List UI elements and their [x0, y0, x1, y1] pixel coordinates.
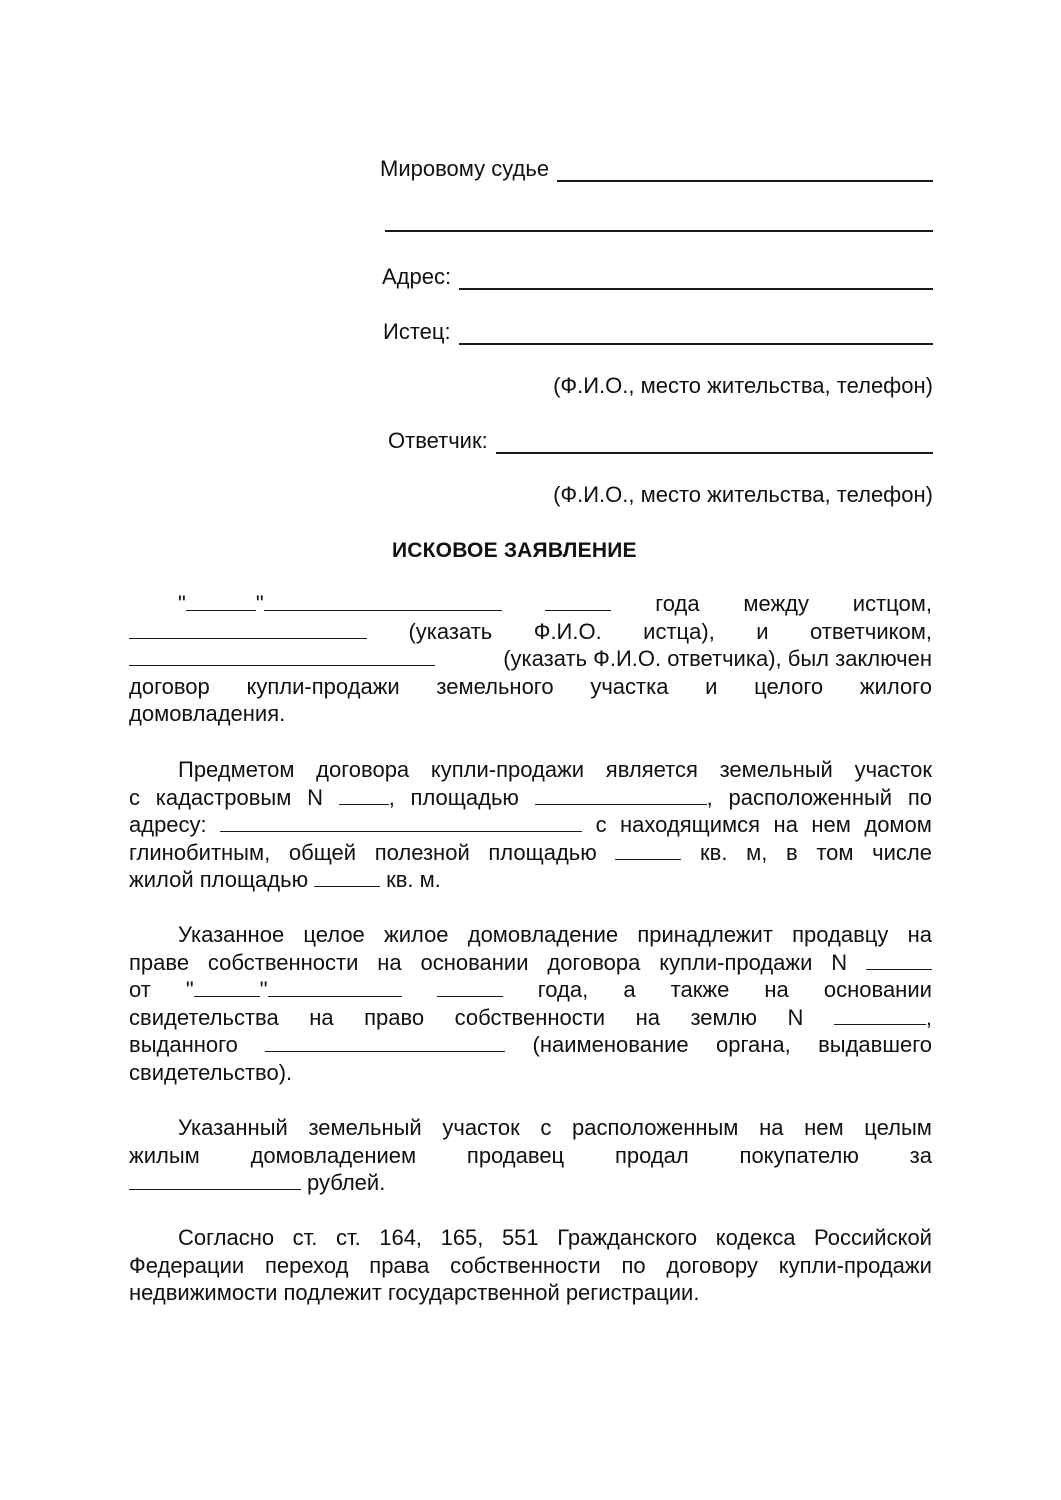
paragraph-sale: Указанныйземельныйучастоксрасположеннымн… — [129, 1114, 932, 1197]
fill-in-blank — [834, 1004, 926, 1025]
document-title: ИСКОВОЕ ЗАЯВЛЕНИЕ — [392, 538, 637, 564]
word: жилого — [860, 673, 932, 701]
paragraph-line: Согласност.ст.164,165,551Гражданскогокод… — [129, 1224, 932, 1252]
word: 164, — [379, 1224, 422, 1252]
fill-in-blank — [866, 949, 932, 970]
paragraph-line: Указанныйземельныйучастоксрасположеннымн… — [129, 1114, 932, 1142]
word: целого — [754, 673, 823, 701]
word: продавец — [467, 1142, 564, 1170]
blank-group: "" — [178, 590, 502, 618]
word: том — [816, 839, 853, 867]
word: права — [369, 1252, 429, 1280]
address-label: Адрес: — [382, 264, 451, 290]
word: за — [910, 1142, 932, 1170]
paragraph-line: (указать Ф.И.О. ответчика), был заключен — [129, 645, 932, 673]
fill-in-blank — [129, 618, 367, 639]
word: принадлежит — [637, 921, 773, 949]
word: и — [705, 673, 717, 701]
blank-group — [866, 949, 932, 977]
word: а — [623, 976, 635, 1004]
paragraph-line: домовладения. — [129, 700, 932, 728]
word: нем — [804, 1114, 844, 1142]
paragraph-line: от""года,атакженаосновании — [129, 976, 932, 1004]
word: N — [831, 949, 847, 977]
word: года — [655, 590, 699, 618]
word: Ф.И.О. — [534, 618, 602, 646]
word: участка — [590, 673, 668, 701]
word: расположенный — [729, 784, 893, 812]
word: земельного — [436, 673, 553, 701]
word: кодекса — [716, 1224, 796, 1252]
word: по — [908, 784, 932, 812]
word: собственности — [208, 949, 359, 977]
word: с — [129, 784, 140, 812]
word: земельный — [308, 1114, 421, 1142]
paragraph-subject: Предметомдоговоракупли-продажиявляетсязе… — [129, 756, 932, 894]
word: переход — [265, 1252, 348, 1280]
word: находящимся — [620, 811, 760, 839]
fill-in-blank — [615, 839, 681, 860]
plaintiff-blank — [459, 323, 933, 345]
word: основании — [824, 976, 932, 1004]
word: истца), — [643, 618, 715, 646]
blank-group: "" — [186, 976, 402, 1004]
word: кадастровым — [156, 784, 292, 812]
paragraph-line: (указатьФ.И.О.истца),иответчиком, — [129, 618, 932, 646]
paragraph-line: свидетельстванаправособственностиназемлю… — [129, 1004, 932, 1032]
judge-row: Мировому судье — [380, 156, 933, 182]
word: истцом, — [853, 590, 932, 618]
paragraph-line: свидетельство). — [129, 1059, 932, 1087]
fill-in-blank — [186, 590, 256, 611]
word: купли-продажи — [431, 756, 584, 784]
paragraph-line: Федерациипереходправасобственностиподого… — [129, 1252, 932, 1280]
word: на — [759, 1114, 783, 1142]
word: собственности — [455, 1004, 606, 1032]
word: подлежит — [283, 1279, 381, 1307]
word: домом — [864, 811, 932, 839]
word: целым — [864, 1114, 932, 1142]
defendant-row: Ответчик: — [388, 428, 933, 454]
defendant-blank — [496, 432, 933, 454]
judge-blank-2 — [385, 210, 933, 232]
paragraph-registration: Согласност.ст.164,165,551Гражданскогокод… — [129, 1224, 932, 1307]
word: м, — [746, 839, 767, 867]
word: числе — [872, 839, 932, 867]
word: (указать — [408, 618, 492, 646]
word: года, — [538, 976, 588, 1004]
fill-in-blank — [339, 784, 389, 805]
word: с — [540, 1114, 551, 1142]
word: (наименование — [533, 1031, 689, 1059]
word: площадью — [488, 839, 596, 867]
word: между — [743, 590, 809, 618]
word: Федерации — [129, 1252, 244, 1280]
paragraph-line: жилой площадьюкв. м. — [129, 866, 932, 894]
blank-group — [314, 866, 380, 894]
paragraph-ownership: Указанноецелоежилоедомовладениепринадлеж… — [129, 921, 932, 1087]
word: жилое — [384, 921, 449, 949]
word: общей — [289, 839, 356, 867]
word: расположенным — [572, 1114, 738, 1142]
fill-in-blank — [129, 645, 435, 666]
word: от — [129, 976, 151, 1004]
word: продавцу — [792, 921, 888, 949]
word: выдавшего — [818, 1031, 932, 1059]
word: основании — [420, 949, 528, 977]
word: домовладения. — [129, 700, 285, 728]
word: недвижимости — [129, 1279, 277, 1307]
fill-in-blank — [535, 784, 707, 805]
word: землю — [690, 1004, 757, 1032]
word: купли-продажи — [246, 673, 399, 701]
word: с — [596, 811, 607, 839]
plaintiff-note: (Ф.И.О., место жительства, телефон) — [553, 373, 933, 399]
fill-in-blank — [265, 1031, 505, 1052]
word: ст. — [293, 1224, 318, 1252]
word: продал — [615, 1142, 689, 1170]
defendant-note: (Ф.И.О., место жительства, телефон) — [553, 482, 933, 508]
blank-group — [265, 1031, 505, 1059]
word: 165, — [441, 1224, 484, 1252]
word: свидетельство). — [129, 1059, 292, 1087]
word: участок — [855, 756, 932, 784]
word: купли-продажи — [779, 1252, 932, 1280]
paragraph-contract: ""годамеждуистцом,(указатьФ.И.О.истца),и… — [129, 590, 932, 728]
word: договору — [666, 1252, 758, 1280]
word: Согласно — [178, 1224, 274, 1252]
word: жилым — [129, 1142, 200, 1170]
paragraph-line: правесобственностинаоснованиидоговоракуп… — [129, 949, 932, 977]
blank-group — [220, 811, 582, 839]
paragraph-line: жилымдомовладениемпродавецпродалпокупате… — [129, 1142, 932, 1170]
paragraph-line: скадастровымN,площадью,расположенныйпо — [129, 784, 932, 812]
fill-in-blank — [268, 976, 402, 997]
address-row: Адрес: — [382, 264, 933, 290]
blank-group — [129, 618, 367, 646]
word: земельный — [720, 756, 833, 784]
word: кв. — [700, 839, 727, 867]
word: адресу: — [129, 811, 207, 839]
word: выданного — [129, 1031, 238, 1059]
plaintiff-label: Истец: — [383, 319, 451, 345]
blank-group — [129, 645, 435, 673]
fill-in-blank — [264, 590, 502, 611]
paragraph-line: глинобитным,общейполезнойплощадьюкв.м,вт… — [129, 839, 932, 867]
word: 551 — [502, 1224, 539, 1252]
blank-group — [545, 590, 611, 618]
word: на — [908, 921, 932, 949]
address-blank — [459, 268, 933, 290]
word: на — [774, 811, 798, 839]
word: также — [671, 976, 730, 1004]
paragraph-line: рублей. — [129, 1169, 932, 1197]
word: праве — [129, 949, 189, 977]
word: глинобитным, — [129, 839, 270, 867]
defendant-label: Ответчик: — [388, 428, 488, 454]
paragraph-line: выданного(наименованиеоргана,выдавшего — [129, 1031, 932, 1059]
word: договора — [547, 949, 640, 977]
word: и — [756, 618, 768, 646]
paragraph-line: недвижимостиподлежитгосударственнойрегис… — [129, 1279, 932, 1307]
word: полезной — [375, 839, 470, 867]
fill-in-blank — [545, 590, 611, 611]
word: государственной — [388, 1279, 560, 1307]
word: (указать Ф.И.О. ответчика), был заключен — [503, 645, 932, 673]
word: ст. — [336, 1224, 361, 1252]
paragraph-line: адресу:снаходящимсянанемдомом — [129, 811, 932, 839]
word: нем — [811, 811, 851, 839]
word: является — [606, 756, 698, 784]
word: на — [377, 949, 401, 977]
paragraph-line: ""годамеждуистцом, — [129, 590, 932, 618]
word: по — [621, 1252, 645, 1280]
blank-group: , — [535, 784, 713, 812]
word: площадью — [411, 784, 519, 812]
document-page: Мировому судье Адрес: Истец: (Ф.И.О., ме… — [0, 0, 1061, 1500]
word: Российской — [814, 1224, 932, 1252]
fill-in-blank — [194, 976, 260, 997]
word: N — [307, 784, 323, 812]
plaintiff-row: Истец: — [383, 319, 933, 345]
judge-blank — [557, 160, 933, 182]
paragraph-line: договоркупли-продажиземельногоучасткаице… — [129, 673, 932, 701]
word: участок — [442, 1114, 519, 1142]
word: покупателю — [740, 1142, 859, 1170]
word: в — [786, 839, 798, 867]
word: Указанный — [178, 1114, 288, 1142]
word: рублей. — [307, 1169, 385, 1197]
word: органа, — [716, 1031, 791, 1059]
word: домовладением — [251, 1142, 417, 1170]
word: договор — [129, 673, 210, 701]
fill-in-blank — [437, 976, 503, 997]
blank-group: , — [834, 1004, 932, 1032]
word: целое — [303, 921, 364, 949]
blank-group — [615, 839, 681, 867]
word: на — [764, 976, 788, 1004]
word: собственности — [450, 1252, 601, 1280]
word: Гражданского — [557, 1224, 697, 1252]
word: N — [788, 1004, 804, 1032]
word: кв. м. — [386, 866, 441, 894]
word: регистрации. — [566, 1279, 700, 1307]
word: на — [636, 1004, 660, 1032]
word: свидетельства — [129, 1004, 279, 1032]
word: Указанное — [178, 921, 284, 949]
paragraph-line: Указанноецелоежилоедомовладениепринадлеж… — [129, 921, 932, 949]
word: Предметом — [178, 756, 294, 784]
word: жилой площадью — [129, 866, 308, 894]
judge-label: Мировому судье — [380, 156, 549, 182]
word: право — [364, 1004, 424, 1032]
blank-group — [437, 976, 503, 1004]
word: договора — [316, 756, 409, 784]
blank-group — [129, 1169, 301, 1197]
blank-group: , — [339, 784, 395, 812]
judge-row-2 — [385, 210, 933, 232]
paragraph-line: Предметомдоговоракупли-продажиявляетсязе… — [129, 756, 932, 784]
fill-in-blank — [314, 866, 380, 887]
fill-in-blank — [220, 811, 582, 832]
word: купли-продажи — [659, 949, 812, 977]
word: на — [309, 1004, 333, 1032]
word: ответчиком, — [810, 618, 932, 646]
fill-in-blank — [129, 1169, 301, 1190]
word: домовладение — [468, 921, 618, 949]
